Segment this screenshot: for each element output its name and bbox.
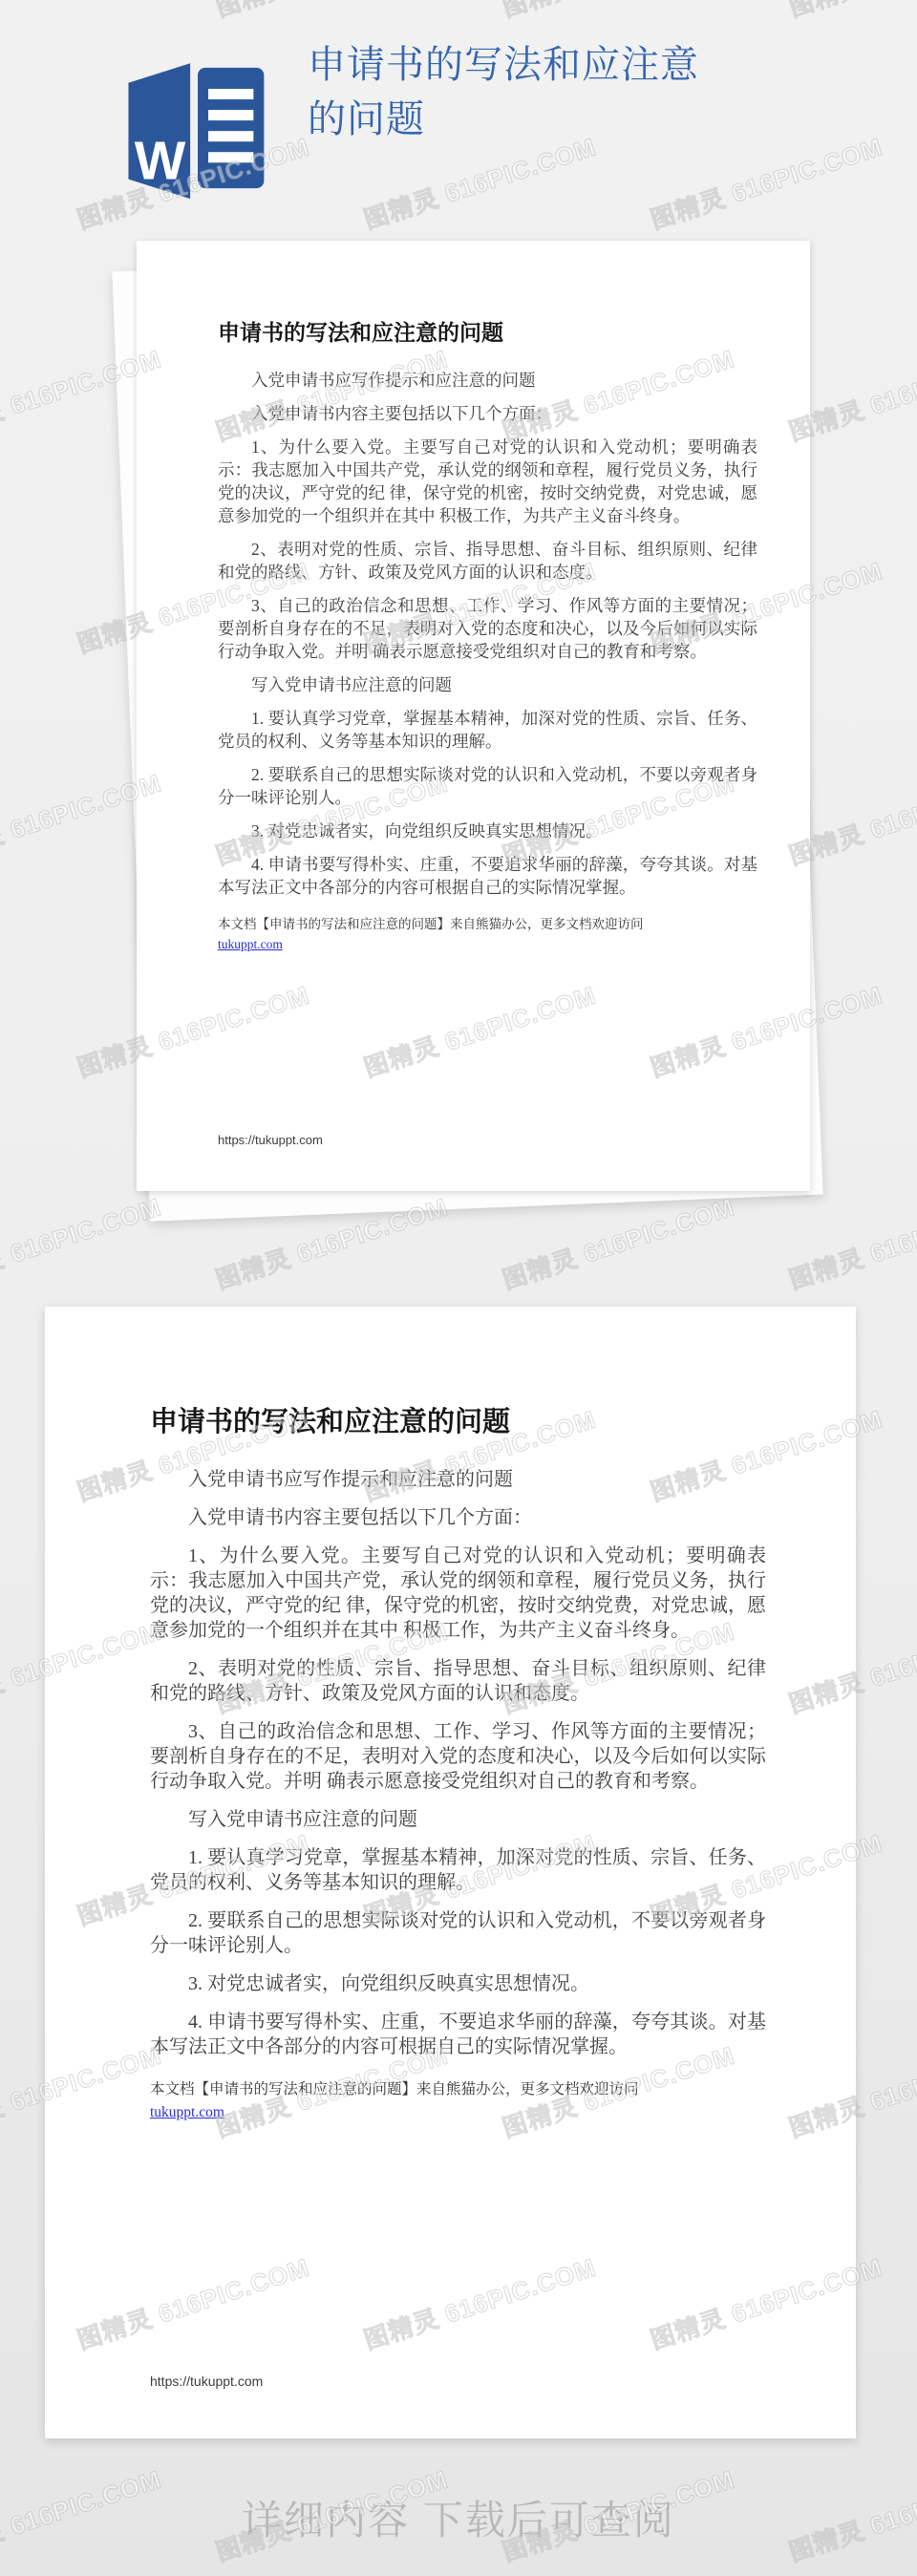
word-icon-letter: W [135, 132, 186, 192]
watermark-text: 图精灵 616PIC.COM [783, 0, 917, 24]
doc-source-link[interactable]: tukuppt.com [150, 2104, 224, 2120]
doc-paragraph: 入党申请书内容主要包括以下几个方面： [218, 402, 757, 425]
doc-page-url: https://tukuppt.com [150, 2374, 263, 2389]
doc-paragraph: 3. 对党忠诚者实，向党组织反映真实思想情况。 [218, 820, 757, 842]
doc-paragraph: 1、为什么要入党。主要写自己对党的认识和入党动机；要明确表示：我志愿加入中国共产… [150, 1543, 766, 1643]
watermark-text: 图精灵 616PIC.COM [210, 0, 452, 24]
doc-paragraphs: 入党申请书应写作提示和应注意的问题入党申请书内容主要包括以下几个方面：1、为什么… [218, 369, 757, 899]
doc-source-note-text: 本文档【申请书的写法和应注意的问题】来自熊猫办公，更多文档欢迎访问 [218, 917, 644, 931]
doc-paragraph: 3、自己的政治信念和思想、工作、学习、作风等方面的主要情况；要剖析自身存在的不足… [218, 594, 757, 663]
doc-paragraph: 入党申请书应写作提示和应注意的问题 [218, 369, 757, 392]
document-preview-large[interactable]: 申请书的写法和应注意的问题 入党申请书应写作提示和应注意的问题入党申请书内容主要… [45, 1307, 856, 2438]
watermark-text: 图精灵 616PIC.COM [0, 1188, 165, 1297]
document-content-small: 申请书的写法和应注意的问题 入党申请书应写作提示和应注意的问题入党申请书内容主要… [137, 241, 810, 1191]
doc-paragraph: 写入党申请书应注意的问题 [218, 673, 757, 696]
doc-source-link[interactable]: tukuppt.com [218, 937, 283, 951]
watermark-text: 图精灵 616PIC.COM [0, 0, 165, 24]
watermark-text: 图精灵 616PIC.COM [497, 0, 738, 24]
doc-paragraph: 2. 要联系自己的思想实际谈对党的认识和入党动机，不要以旁观者身分一味评论别人。 [218, 763, 757, 809]
doc-paragraph: 写入党申请书应注意的问题 [150, 1807, 766, 1832]
document-preview-small[interactable]: 申请书的写法和应注意的问题 入党申请书应写作提示和应注意的问题入党申请书内容主要… [137, 241, 810, 1191]
doc-paragraph: 3、自己的政治信念和思想、工作、学习、作风等方面的主要情况；要剖析自身存在的不足… [150, 1719, 766, 1794]
doc-paragraph: 2、表明对党的性质、宗旨、指导思想、奋斗目标、组织原则、纪律和党的路线、方针、政… [218, 538, 757, 584]
watermark-text: 图精灵 616PIC.COM [783, 1188, 917, 1297]
doc-paragraph: 1. 要认真学习党章，掌握基本精神，加深对党的性质、宗旨、任务、党员的权利、义务… [218, 707, 757, 753]
page-title: 申请书的写法和应注意的问题 [308, 38, 709, 147]
doc-paragraph: 3. 对党忠诚者实，向党组织反映真实思想情况。 [150, 1971, 766, 1996]
doc-paragraph: 2、表明对党的性质、宗旨、指导思想、奋斗目标、组织原则、纪律和党的路线、方针、政… [150, 1656, 766, 1706]
doc-paragraph: 4. 申请书要写得朴实、庄重，不要追求华丽的辞藻，夸夸其谈。对基本写法正文中各部… [150, 2010, 766, 2059]
footer-hint: 详细内容 下载后可查阅 [0, 2489, 917, 2546]
doc-source-note: 本文档【申请书的写法和应注意的问题】来自熊猫办公，更多文档欢迎访问 tukupp… [218, 914, 757, 954]
doc-paragraph: 入党申请书内容主要包括以下几个方面： [150, 1505, 766, 1530]
doc-paragraph: 4. 申请书要写得朴实、庄重，不要追求华丽的辞藻，夸夸其谈。对基本写法正文中各部… [218, 853, 757, 899]
doc-title: 申请书的写法和应注意的问题 [150, 1404, 766, 1440]
word-icon: W [122, 50, 273, 206]
stacked-page-front: 申请书的写法和应注意的问题 入党申请书应写作提示和应注意的问题入党申请书内容主要… [137, 241, 810, 1191]
doc-source-note: 本文档【申请书的写法和应注意的问题】来自熊猫办公，更多文档欢迎访问 tukupp… [150, 2078, 766, 2124]
document-content-large: 申请书的写法和应注意的问题 入党申请书应写作提示和应注意的问题入党申请书内容主要… [45, 1307, 856, 2438]
doc-paragraphs: 入党申请书应写作提示和应注意的问题入党申请书内容主要包括以下几个方面：1、为什么… [150, 1467, 766, 2059]
word-icon-svg: W [122, 50, 273, 206]
doc-source-note-text: 本文档【申请书的写法和应注意的问题】来自熊猫办公，更多文档欢迎访问 [150, 2081, 639, 2097]
page: W 申请书的写法和应注意的问题 申请书的写法和应注意的问题 入党申请书应写作提示… [0, 0, 917, 2576]
doc-page-url: https://tukuppt.com [218, 1133, 323, 1147]
doc-paragraph: 1、为什么要入党。主要写自己对党的认识和入党动机；要明确表示：我志愿加入中国共产… [218, 436, 757, 527]
doc-paragraph: 2. 要联系自己的思想实际谈对党的认识和入党动机，不要以旁观者身分一味评论别人。 [150, 1908, 766, 1958]
doc-paragraph: 1. 要认真学习党章，掌握基本精神，加深对党的性质、宗旨、任务、党员的权利、义务… [150, 1845, 766, 1895]
doc-paragraph: 入党申请书应写作提示和应注意的问题 [150, 1467, 766, 1492]
doc-title: 申请书的写法和应注意的问题 [218, 319, 757, 348]
